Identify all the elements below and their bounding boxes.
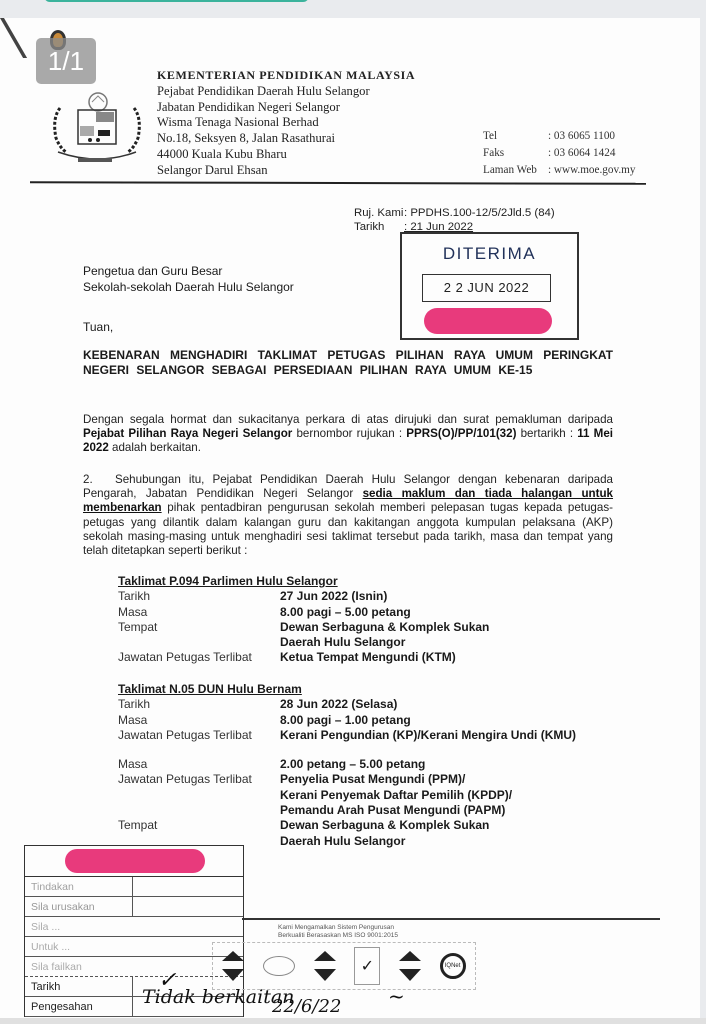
field-label [118, 635, 280, 650]
date-label: Tarikh [354, 220, 404, 234]
field-label: Tarikh [118, 589, 280, 604]
addressee-line: Pengetua dan Guru Besar [83, 264, 294, 280]
briefing-2: Taklimat N.05 DUN Hulu Bernam Tarikh28 J… [118, 682, 576, 849]
action-row-label: Tarikh [31, 981, 60, 993]
action-table-header [25, 845, 243, 877]
letterhead-line: 44000 Kuala Kubu Bharu [157, 147, 415, 163]
subject-heading: KEBENARAN MENGHADIRI TAKLIMAT PETUGAS PI… [83, 348, 613, 377]
field-value: Ketua Tempat Mengundi (KTM) [280, 650, 456, 665]
field-value: Daerah Hulu Selangor [280, 834, 405, 849]
iso-statement: Kami Mengamalkan Sistem Pengurusan Berku… [278, 924, 398, 940]
handwritten-initial: ~ [388, 984, 405, 1008]
text: Dengan segala hormat dan sukacitanya per… [83, 413, 613, 426]
field-label: Masa [118, 757, 280, 772]
redaction-mark [424, 308, 552, 334]
field-value: 27 Jun 2022 (Isnin) [280, 589, 387, 604]
reference-block: Ruj. Kami: PPDHS.100-12/5/2Jld.5 (84) Ta… [354, 206, 555, 234]
letterhead-line: No.18, Seksyen 8, Jalan Rasathurai [157, 131, 415, 147]
malaysia-coat-of-arms-icon [40, 88, 145, 168]
field-value: Dewan Serbaguna & Komplek Sukan [280, 620, 489, 635]
action-row-label: Sila failkan [31, 961, 82, 973]
field-label [118, 803, 280, 818]
contact-label: Laman Web [483, 162, 548, 179]
addressee: Pengetua dan Guru Besar Sekolah-sekolah … [83, 264, 294, 295]
field-value: Kerani Penyemak Daftar Pemilih (KPDP)/ [280, 788, 512, 803]
salutation: Tuan, [83, 320, 113, 334]
bold-text: PPRS(O)/PP/101(32) [406, 427, 516, 440]
iso-line: Berkualiti Berasaskan MS ISO 9001:2015 [278, 932, 398, 940]
iso-line: Kami Mengamalkan Sistem Pengurusan [278, 924, 398, 932]
text: bertarikh : [516, 427, 577, 440]
iqnet-logo-icon: IQNet [440, 953, 466, 979]
sirim-logo-icon [399, 951, 421, 981]
contact-value: : 03 6065 1100 [548, 128, 615, 145]
bold-text: Pejabat Pilihan Raya Negeri Selangor [83, 427, 292, 440]
received-stamp: DITERIMA 2 2 JUN 2022 [400, 232, 579, 340]
field-label: Tempat [118, 620, 280, 635]
field-value: Penyelia Pusat Mengundi (PPM)/ [280, 772, 465, 787]
paragraph-number: 2. [83, 473, 115, 487]
action-row: Untuk ... [25, 937, 243, 957]
letterhead: KEMENTERIAN PENDIDIKAN MALAYSIA Pejabat … [157, 68, 415, 179]
stamp-date: 2 2 JUN 2022 [422, 274, 551, 302]
briefing-1: Taklimat P.094 Parlimen Hulu Selangor Ta… [118, 574, 489, 666]
ref-label: Ruj. Kami [354, 206, 404, 220]
contact-value: : 03 6064 1424 [548, 145, 615, 162]
briefing-heading: Taklimat P.094 Parlimen Hulu Selangor [118, 574, 489, 589]
redaction-mark [65, 849, 205, 873]
field-label: Tarikh [118, 697, 280, 712]
document-page: 1/1 KEMENTERIAN PENDIDIKAN MALAYSIA Peja… [0, 18, 700, 1024]
header-divider [30, 181, 646, 185]
contact-tel: Tel: 03 6065 1100 [483, 128, 635, 145]
action-row-label: Sila urusakan [31, 901, 95, 913]
field-value: Pemandu Arah Pusat Mengundi (PAPM) [280, 803, 505, 818]
field-label: Tempat [118, 818, 280, 833]
text: pihak pentadbiran pengurusan sekolah mem… [83, 501, 613, 557]
footer-divider [242, 918, 660, 920]
certification-logos: ✓ IQNet [212, 942, 476, 990]
field-value: 8.00 pagi – 1.00 petang [280, 713, 411, 728]
action-row-label: Tindakan [31, 881, 74, 893]
field-value: Daerah Hulu Selangor [280, 635, 405, 650]
contact-value: : www.moe.gov.my [548, 162, 635, 179]
stamp-title: DITERIMA [402, 244, 577, 264]
contact-web: Laman Web: www.moe.gov.my [483, 162, 635, 179]
contact-label: Tel [483, 128, 548, 145]
letterhead-line: Wisma Tenaga Nasional Berhad [157, 115, 415, 131]
field-label: Masa [118, 605, 280, 620]
field-value: 8.00 pagi – 5.00 petang [280, 605, 411, 620]
viewer-bottom-bar [0, 1018, 706, 1024]
contact-block: Tel: 03 6065 1100 Faks: 03 6064 1424 Lam… [483, 128, 635, 179]
sirim-logo-icon [222, 951, 244, 981]
paragraph-2: 2.Sehubungan itu, Pejabat Pendidikan Dae… [83, 473, 613, 558]
paragraph-1: Dengan segala hormat dan sukacitanya per… [83, 413, 613, 456]
briefing-heading: Taklimat N.05 DUN Hulu Bernam [118, 682, 576, 697]
page-indicator-badge: 1/1 [36, 38, 96, 84]
field-value: 28 Jun 2022 (Selasa) [280, 697, 397, 712]
contact-label: Faks [483, 145, 548, 162]
field-label [118, 788, 280, 803]
letterhead-line: Jabatan Pendidikan Negeri Selangor [157, 100, 415, 116]
action-row: Sila urusakan [25, 897, 243, 917]
accreditation-logo-icon [263, 956, 295, 976]
text: bernombor rujukan : [292, 427, 406, 440]
field-value: Dewan Serbaguna & Komplek Sukan [280, 818, 489, 833]
action-row-label: Pengesahan [31, 1001, 93, 1013]
viewer-top-bar [44, 0, 309, 2]
quality-check-logo-icon: ✓ [354, 947, 380, 985]
field-label: Jawatan Petugas Terlibat [118, 772, 280, 787]
field-label: Jawatan Petugas Terlibat [118, 650, 280, 665]
ref-value: : PPDHS.100-12/5/2Jld.5 (84) [404, 206, 555, 220]
text: adalah berkaitan. [109, 441, 201, 454]
contact-fax: Faks: 03 6064 1424 [483, 145, 635, 162]
handwritten-date: 22/6/22 [272, 996, 341, 1017]
field-label: Jawatan Petugas Terlibat [118, 728, 280, 743]
field-value: Kerani Pengundian (KP)/Kerani Mengira Un… [280, 728, 576, 743]
field-label: Masa [118, 713, 280, 728]
action-row: Sila failkan [25, 957, 243, 977]
action-row-label: Sila ... [31, 921, 60, 933]
letterhead-line: Selangor Darul Ehsan [157, 163, 415, 179]
field-value: 2.00 petang – 5.00 petang [280, 757, 425, 772]
addressee-line: Sekolah-sekolah Daerah Hulu Selangor [83, 280, 294, 296]
ministry-name: KEMENTERIAN PENDIDIKAN MALAYSIA [157, 68, 415, 84]
action-row: Tindakan [25, 877, 243, 897]
action-row: Sila ... [25, 917, 243, 937]
sirim-logo-icon [314, 951, 336, 981]
letterhead-line: Pejabat Pendidikan Daerah Hulu Selangor [157, 84, 415, 100]
action-row-label: Untuk ... [31, 941, 70, 953]
